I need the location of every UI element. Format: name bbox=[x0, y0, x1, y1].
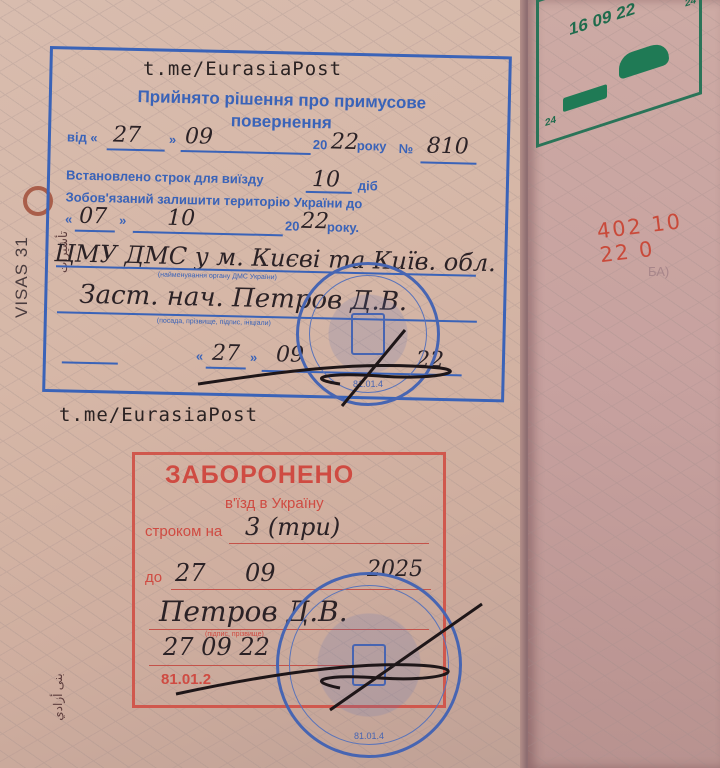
crossing-code-side: 24 bbox=[545, 114, 556, 129]
faded-stamp-text: БА) bbox=[648, 264, 669, 279]
crossing-code-top: 24 bbox=[685, 0, 696, 10]
car-icon bbox=[619, 40, 669, 80]
ship-icon bbox=[563, 84, 607, 112]
crossing-date: 16 09 22 bbox=[569, 0, 635, 40]
watermark-middle: t.me/EurasiaPost bbox=[59, 404, 258, 426]
watermark-top: t.me/EurasiaPost bbox=[143, 58, 342, 80]
